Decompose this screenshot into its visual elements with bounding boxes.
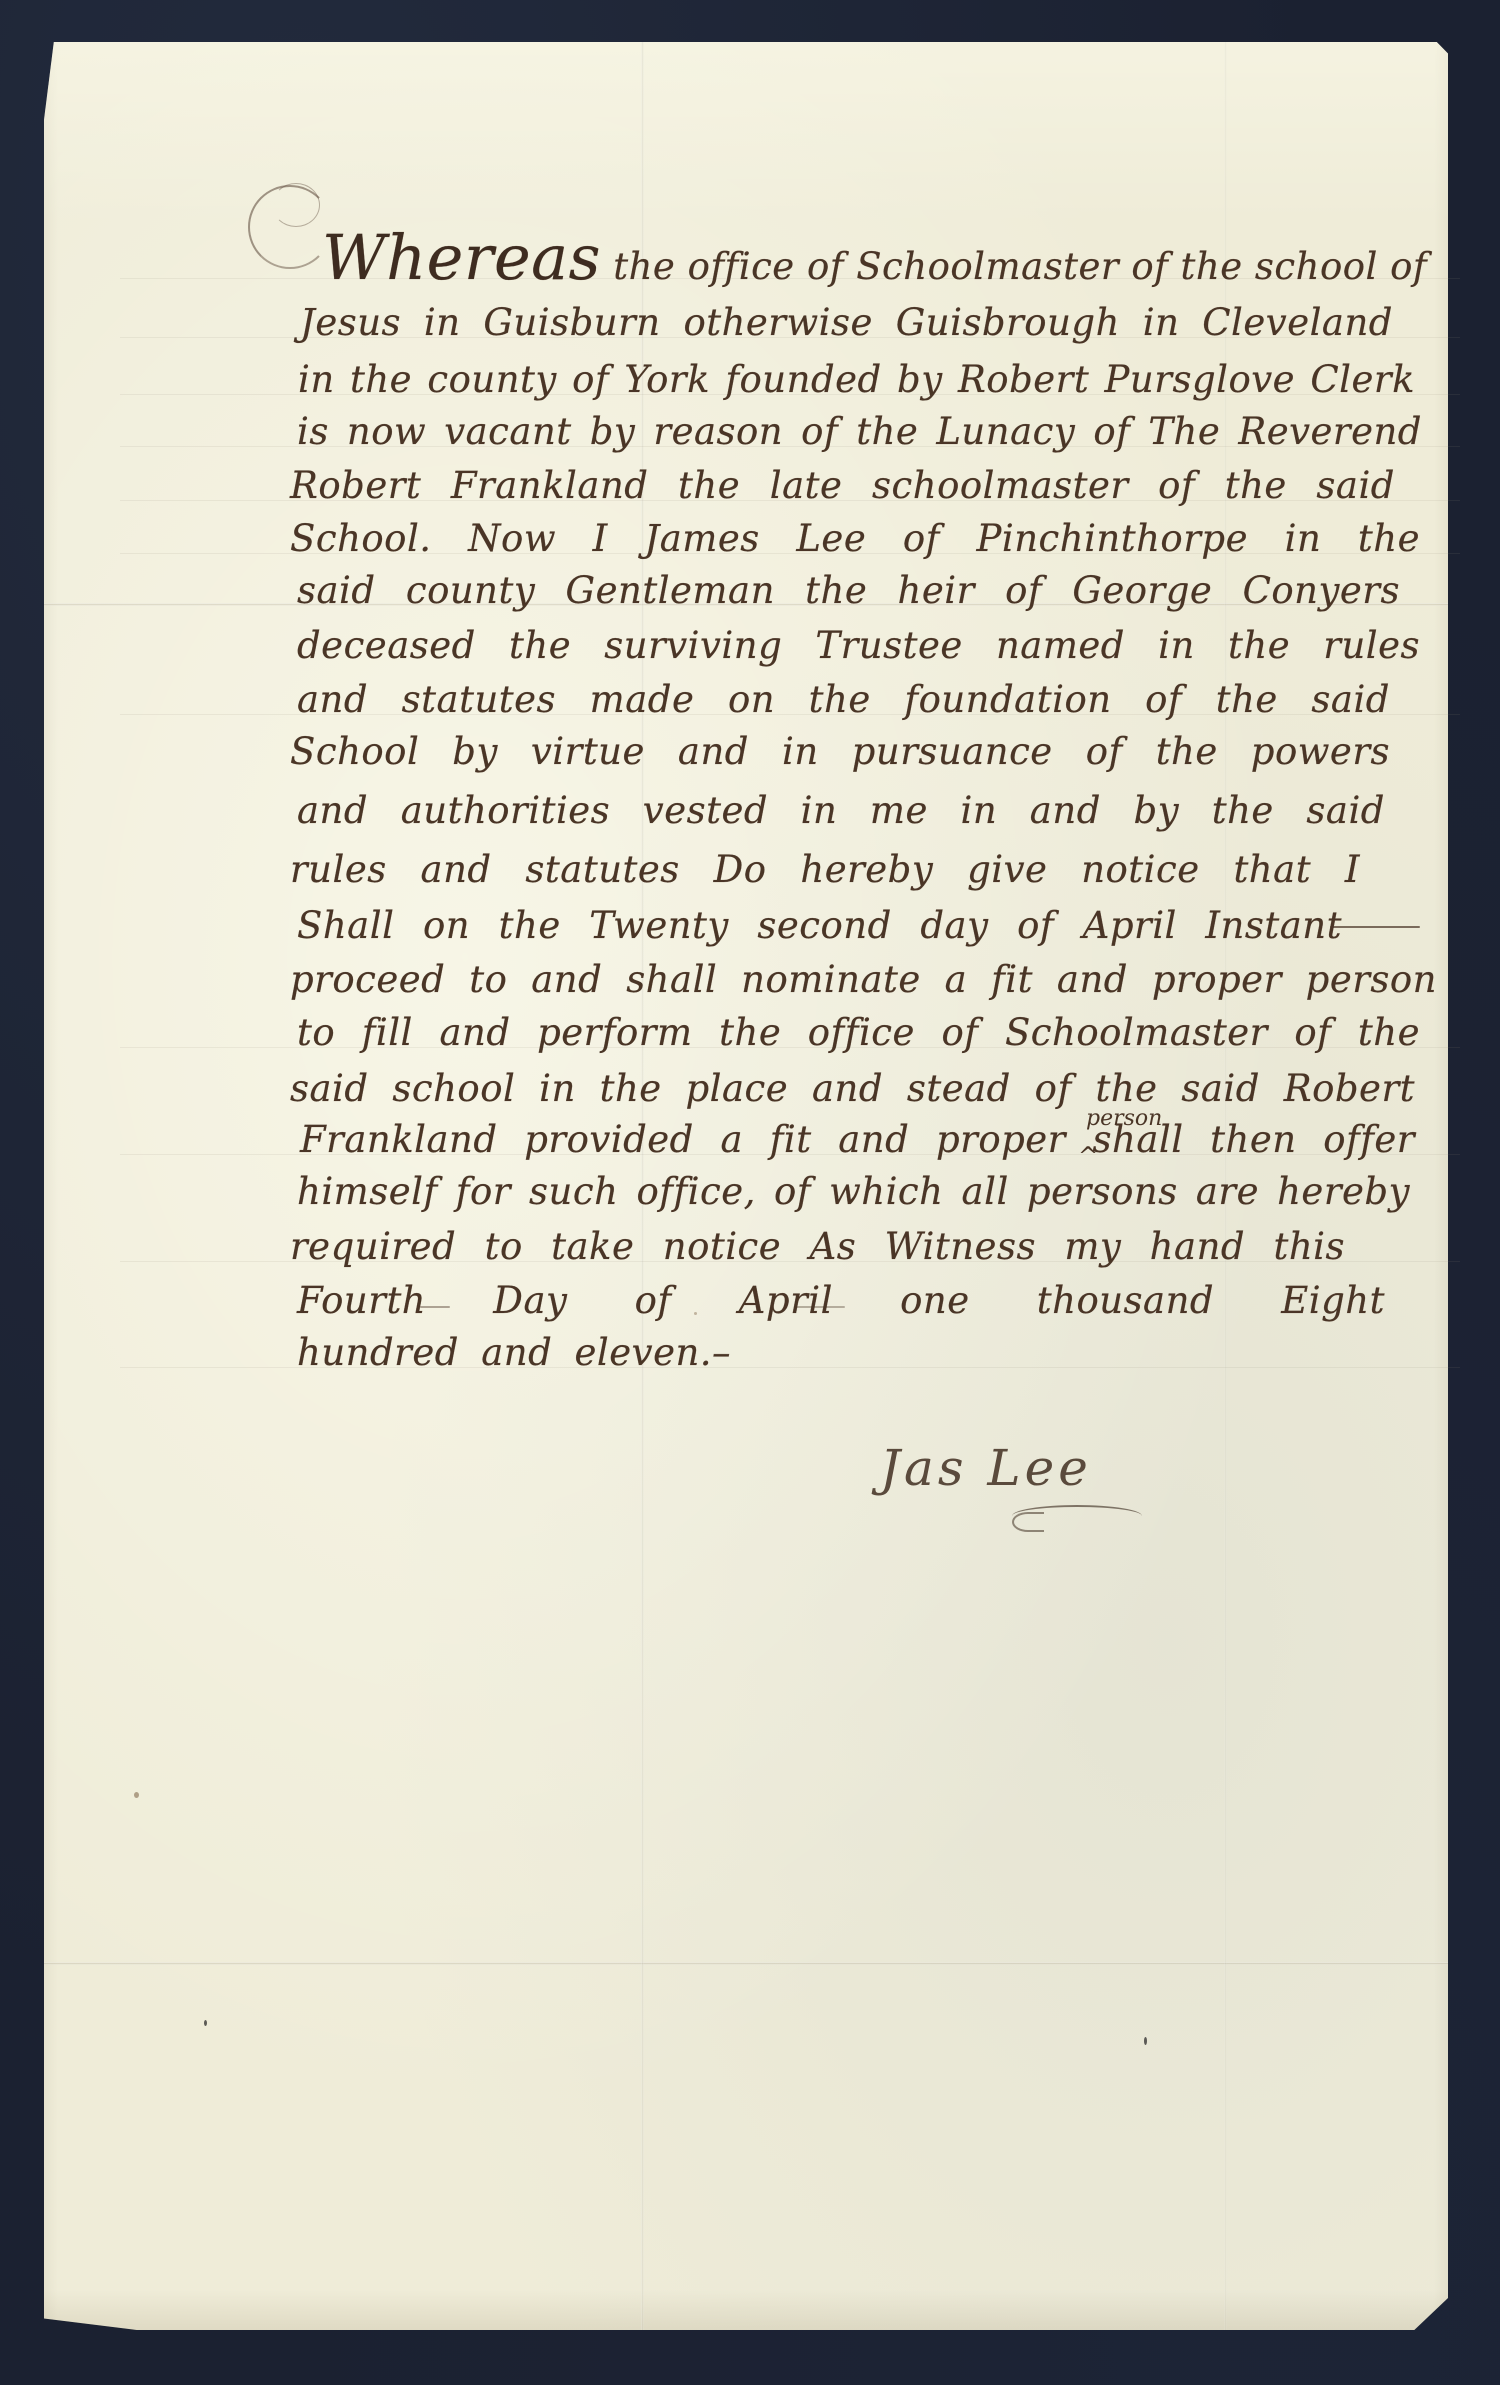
text-line-9: and statutes made on the foundation of t…: [297, 674, 1390, 726]
text-line-8: deceased the surviving Trustee named in …: [297, 620, 1420, 672]
text-line-16: said school in the place and stead of th…: [290, 1063, 1415, 1115]
text-line-7: said county Gentleman the heir of George…: [297, 565, 1400, 617]
line-filler-dash: [1330, 926, 1420, 928]
text-line-1-rest: the office of Schoolmaster of the school…: [613, 245, 1427, 288]
text-line-13: Shall on the Twenty second day of April …: [297, 900, 1342, 952]
signature-loop-icon: [1012, 1512, 1044, 1532]
text-line-20: Fourth Day of April one thousand Eight: [297, 1275, 1385, 1327]
paper-spot: [1144, 2037, 1147, 2045]
text-line-2: Jesus in Guisburn otherwise Guisbrough i…: [300, 297, 1393, 349]
paper-spot: [134, 1792, 139, 1798]
whereas-heading: Whereas: [322, 221, 601, 294]
text-line-3: in the county of York founded by Robert …: [298, 354, 1415, 406]
text-line-18: himself for such office, of which all pe…: [297, 1166, 1410, 1218]
text-line-10: School by virtue and in pursuance of the…: [290, 726, 1390, 778]
text-line-11: and authorities vested in me in and by t…: [297, 785, 1385, 837]
text-line-4: is now vacant by reason of the Lunacy of…: [297, 406, 1422, 458]
text-line-17: Frankland provided a fit and proper shal…: [300, 1114, 1415, 1166]
text-line-14: proceed to and shall nominate a fit and …: [290, 954, 1437, 1006]
line-filler-dash: [420, 1306, 450, 1308]
text-line-5: Robert Frankland the late schoolmaster o…: [290, 460, 1395, 512]
text-line-1: Whereas the office of Schoolmaster of th…: [322, 228, 1412, 288]
line-filler-dash: [795, 1306, 845, 1308]
text-line-12: rules and statutes Do hereby give notice…: [290, 844, 1360, 896]
insertion-caret-icon: ^: [1078, 1144, 1098, 1168]
text-line-19: required to take notice As Witness my ha…: [290, 1221, 1345, 1273]
text-line-15: to fill and perform the office of School…: [297, 1007, 1420, 1059]
signature: Jas Lee: [880, 1438, 1092, 1498]
fold-crease-lower: [44, 1962, 1448, 1965]
paper-spot: [204, 2020, 207, 2026]
text-line-6: School. Now I James Lee of Pinchinthorpe…: [290, 513, 1420, 565]
text-line-21: hundred and eleven.–: [297, 1327, 737, 1379]
whereas-flourish-inner-icon: [272, 183, 320, 227]
